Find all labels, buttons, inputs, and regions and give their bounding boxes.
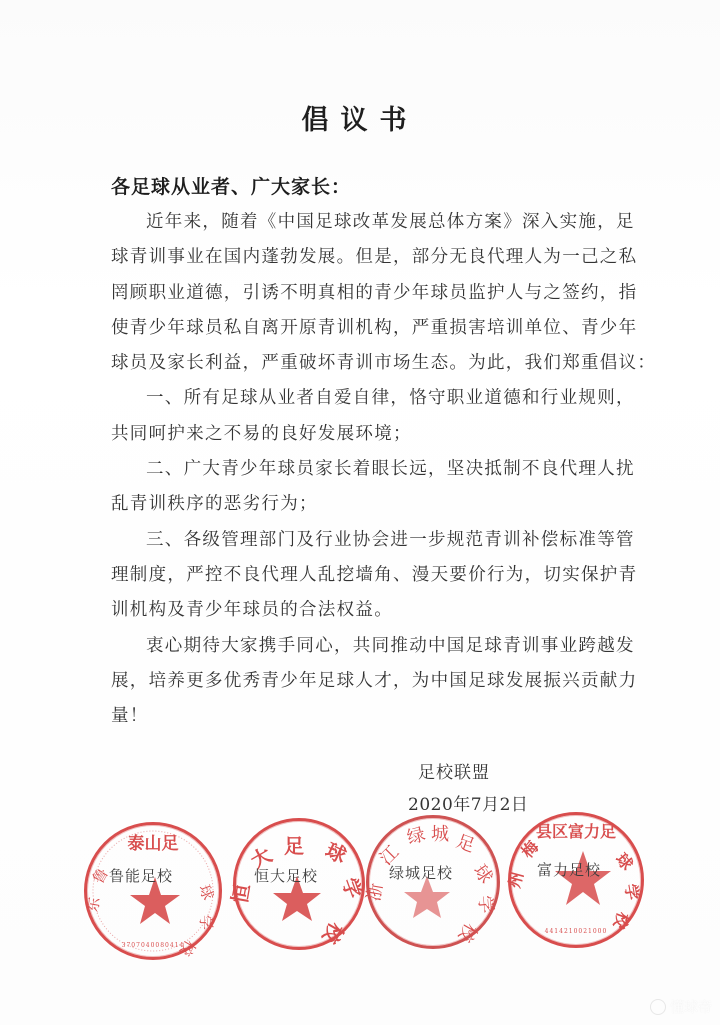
svg-text:校: 校 (317, 918, 349, 949)
seal-label-greentown: 绿城足校 (389, 862, 453, 883)
watermark-logo-icon (650, 999, 666, 1015)
svg-text:球: 球 (322, 838, 350, 868)
svg-text:学: 学 (197, 915, 215, 930)
body-line: 三、各级管理部门及行业协会进一步规范青训补偿标准等管 (111, 523, 595, 558)
body-line: 一、所有足球从业者自爱自律，恪守职业道德和行业规则， (111, 381, 595, 416)
salutation: 各足球从业者、广大家长： (111, 172, 351, 199)
svg-text:绿: 绿 (405, 824, 428, 849)
svg-text:球: 球 (469, 861, 497, 888)
body-line: 使青少年球员私自离开原青训机构，严重损害培训单位、青少年 (111, 311, 595, 346)
seal-rf: 县区富力足 梅 州 球 学 校 4414210021000 富力足校 (508, 812, 644, 948)
seal-label-luneng: 鲁能足校 (109, 865, 173, 886)
svg-text:城: 城 (431, 824, 449, 845)
document-page: 倡议书 各足球从业者、广大家长： 近年来，随着《中国足球改革发展总体方案》深入实… (0, 0, 720, 1025)
body-line: 训机构及青少年球员的合法权益。 (111, 593, 595, 628)
body-line: 展，培养更多优秀青少年足球人才，为中国足球发展振兴贡献力 (111, 664, 595, 699)
svg-text:4414210021000: 4414210021000 (545, 928, 608, 935)
svg-text:足: 足 (284, 834, 304, 858)
body-line: 二、广大青少年球员家长着眼长远，坚决抵制不良代理人扰 (111, 452, 595, 487)
seal-luneng: 泰山足 鲁 东 球 学 校 3707040080414 鲁能足校 (84, 822, 222, 960)
svg-text:3707040080414: 3707040080414 (122, 942, 185, 949)
svg-text:足: 足 (453, 831, 477, 857)
svg-text:东: 东 (83, 896, 103, 914)
svg-text:学: 学 (337, 875, 366, 902)
svg-text:球: 球 (612, 849, 637, 873)
seal-rf-graphic: 县区富力足 梅 州 球 学 校 4414210021000 (511, 815, 641, 945)
document-body: 近年来，随着《中国足球改革发展总体方案》深入实施，足球青训事业在国内蓬勃发展。但… (111, 205, 595, 734)
signature-date: 2020年7月2日 (408, 790, 528, 815)
svg-text:浙: 浙 (363, 881, 387, 902)
seal-greentown: 绿 城 足 江 浙 球 学 校 绿城足校 (366, 815, 500, 949)
body-line: 罔顾职业道德，引诱不明真相的青少年球员监护人与之签约，指 (111, 276, 595, 311)
body-line: 衷心期待大家携手同心，共同推动中国足球青训事业跨越发 (111, 629, 595, 664)
seal-label-rf: 富力足校 (537, 859, 601, 880)
body-line: 球青训事业在国内蓬勃发展。但是，部分无良代理人为一己之私 (111, 240, 595, 275)
document-title: 倡议书 (0, 98, 720, 137)
svg-text:校: 校 (609, 909, 633, 932)
signature-organization: 足校联盟 (418, 758, 490, 783)
svg-text:校: 校 (453, 920, 481, 947)
body-line: 球员及家长利益，严重破坏青训市场生态。为此，我们郑重倡议： (111, 346, 595, 381)
svg-text:泰山足: 泰山足 (128, 833, 179, 854)
watermark: 懂球帝 (650, 997, 712, 1017)
watermark-text: 懂球帝 (670, 997, 712, 1017)
svg-text:球: 球 (195, 882, 217, 902)
svg-text:学: 学 (474, 895, 496, 915)
svg-text:州: 州 (505, 870, 527, 890)
seal-label-evergrande: 恒大足校 (254, 865, 318, 886)
svg-text:学: 学 (621, 882, 642, 901)
body-line: 理制度，严控不良代理人乱挖墙角、漫天要价行为，切实保护青 (111, 558, 595, 593)
body-line: 量！ (111, 699, 595, 734)
body-line: 乱青训秩序的恶劣行为； (111, 487, 595, 522)
svg-text:县区富力足: 县区富力足 (536, 822, 616, 841)
body-line: 共同呵护来之不易的良好发展环境； (111, 417, 595, 452)
body-line: 近年来，随着《中国足球改革发展总体方案》深入实施，足 (111, 205, 595, 240)
seal-luneng-graphic: 泰山足 鲁 东 球 学 校 3707040080414 (87, 825, 219, 957)
svg-text:恒: 恒 (227, 882, 254, 906)
seal-evergrande: 足 球 大 恒 学 校 恒大足校 (233, 818, 365, 950)
